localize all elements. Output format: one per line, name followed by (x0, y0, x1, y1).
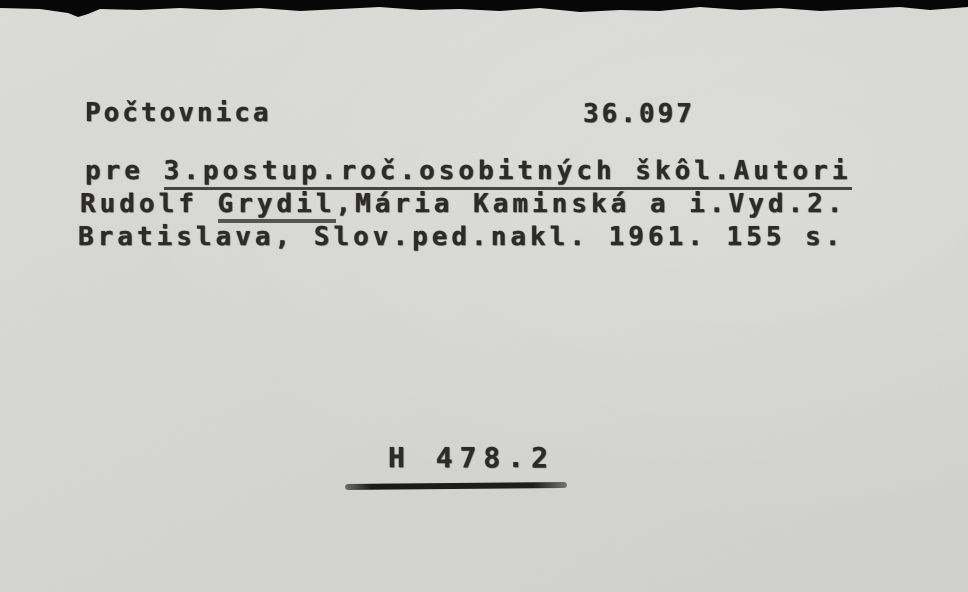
body-line-1-underlined: 3.postup.roč.osobitných škôl.Autori (164, 156, 852, 190)
call-number-underline (345, 482, 567, 490)
call-number: H 478.2 (388, 441, 555, 474)
accession-number: 36.097 (583, 99, 695, 129)
paper-texture (0, 0, 968, 592)
body-line-1-plain: pre (85, 156, 164, 186)
scan-top-edge (0, 0, 968, 18)
body-line-2-plain-start: Rudolf (80, 189, 218, 219)
body-line-2-underlined-surname: Grydil (218, 189, 336, 223)
body-line-2-plain-end: ,Mária Kaminská a i.Vyd.2. (336, 189, 847, 219)
card-title: Počtovnica (85, 98, 272, 128)
catalog-card: Počtovnica 36.097 pre 3.postup.roč.osobi… (0, 0, 968, 592)
body-line-3-imprint: Bratislava, Slov.ped.nakl. 1961. 155 s. (78, 222, 844, 252)
body-line-2: Rudolf Grydil,Mária Kaminská a i.Vyd.2. (80, 189, 847, 219)
body-line-1: pre 3.postup.roč.osobitných škôl.Autori (85, 156, 852, 186)
